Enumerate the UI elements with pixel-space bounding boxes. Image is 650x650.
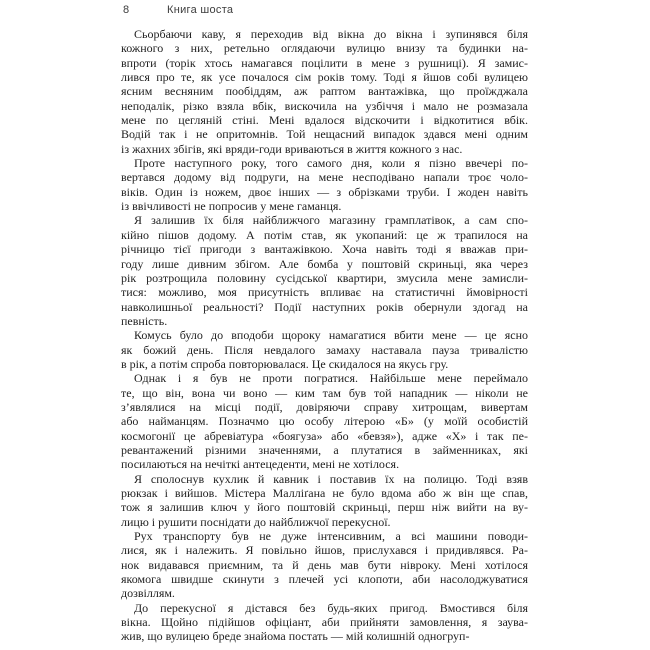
text-line: неподалік, різко взяла вбік, вискочила н… <box>121 99 528 113</box>
paragraph: До перекусної я дістався без будь-яких п… <box>121 601 528 644</box>
book-page: 8 Книга шоста Сьорбаючи каву, я переходи… <box>0 0 650 650</box>
text-line: кожного з них, ретельно оглядаючи вулицю… <box>121 41 528 55</box>
text-line: лися, як і належить. Я повільно йшов, пр… <box>121 543 528 557</box>
text-line: в рік, а потім спроба повторювалася. Це … <box>121 357 528 371</box>
text-line: Рух транспорту був не дуже інтенсивним, … <box>121 529 528 543</box>
paragraph: Я сполоснув кухлик й кавник і поставив ї… <box>121 472 528 529</box>
text-line: навколишньої реальності? Події наступних… <box>121 300 528 314</box>
text-line: як божий день. Після невдалого замаху на… <box>121 343 528 357</box>
text-line: Я сполоснув кухлик й кавник і поставив ї… <box>121 472 528 486</box>
text-line: тож я залишив ключ у його поштовій скрин… <box>121 500 528 514</box>
text-line: До перекусної я дістався без будь-яких п… <box>121 601 528 615</box>
paragraph: Комусь було до вподоби щороку намагатися… <box>121 328 528 371</box>
running-title: Книга шоста <box>167 4 233 16</box>
text-line: посилаються на нечіткі антецеденти, мені… <box>121 457 528 471</box>
text-line: ревантажений різними значеннями, а плута… <box>121 443 528 457</box>
running-header: 8 Книга шоста <box>123 4 233 16</box>
text-line: лицю і рушити поснідати до найближчої пе… <box>121 515 528 529</box>
text-line: вікна. Щойно підійшов офіціант, аби прий… <box>121 615 528 629</box>
text-line: Однак і я був не проти погратися. Найбіл… <box>121 371 528 385</box>
text-line: із ввічливості не попросив у мене гаманц… <box>121 199 528 213</box>
text-line: рік розтрощила половину сусідської кварт… <box>121 271 528 285</box>
paragraph: Проте наступного року, того самого дня, … <box>121 156 528 213</box>
text-line: Проте наступного року, того самого дня, … <box>121 156 528 170</box>
text-line: якомога швидше скинути з плечей усі клоп… <box>121 572 528 586</box>
text-line: певність. <box>121 314 528 328</box>
text-line: те, що він, вона чи воно — ким там був т… <box>121 386 528 400</box>
text-line: году лише дивним збігом. Але бомба у пош… <box>121 257 528 271</box>
text-line: річницю тієї пригоди з вантажівкою. Хоча… <box>121 242 528 256</box>
text-line: мене по цегляній стіні. Мені вдалося від… <box>121 113 528 127</box>
body-text: Сьорбаючи каву, я переходив від вікна до… <box>121 27 528 644</box>
paragraph: Однак і я був не проти погратися. Найбіл… <box>121 371 528 471</box>
paragraph: Сьорбаючи каву, я переходив від вікна до… <box>121 27 528 156</box>
text-line: Комусь було до вподоби щороку намагатися… <box>121 328 528 342</box>
text-line: впроти (торік хтось намагався поцілити в… <box>121 56 528 70</box>
page-number: 8 <box>123 4 167 16</box>
text-line: тися: можливо, моя присутність впливає н… <box>121 285 528 299</box>
text-line: ясним весняним пообіддям, аж раптом вант… <box>121 84 528 98</box>
paragraph: Рух транспорту був не дуже інтенсивним, … <box>121 529 528 601</box>
text-line: дозвіллям. <box>121 586 528 600</box>
text-line: лився про те, як усе почалося сім років … <box>121 70 528 84</box>
text-line: кійно пішов додому. А потім став, як уко… <box>121 228 528 242</box>
text-line: із жахних збігів, які вряди-годи вривают… <box>121 142 528 156</box>
text-line: Сьорбаючи каву, я переходив від вікна до… <box>121 27 528 41</box>
text-line: нок видавався приємним, та й день мав бу… <box>121 558 528 572</box>
text-line: рюкзак і вийшов. Містера Малліґана не бу… <box>121 486 528 500</box>
text-line: або найманцям. Позначмо цю особу літерою… <box>121 414 528 428</box>
text-line: Я залишив їх біля найближчого магазину г… <box>121 213 528 227</box>
text-line: космогонії це абревіатура «боягуза» або … <box>121 429 528 443</box>
text-line: вертався додому від подруги, на мене нес… <box>121 170 528 184</box>
text-line: жив, що вулицею бреде знайома постать — … <box>121 629 528 643</box>
paragraph: Я залишив їх біля найближчого магазину г… <box>121 213 528 328</box>
text-line: з’являлися на місці події, довіряючи спр… <box>121 400 528 414</box>
text-line: Водій так і не опритомнів. Той нещасний … <box>121 127 528 141</box>
text-line: віків. Один із ножем, двоє інших — з обр… <box>121 185 528 199</box>
